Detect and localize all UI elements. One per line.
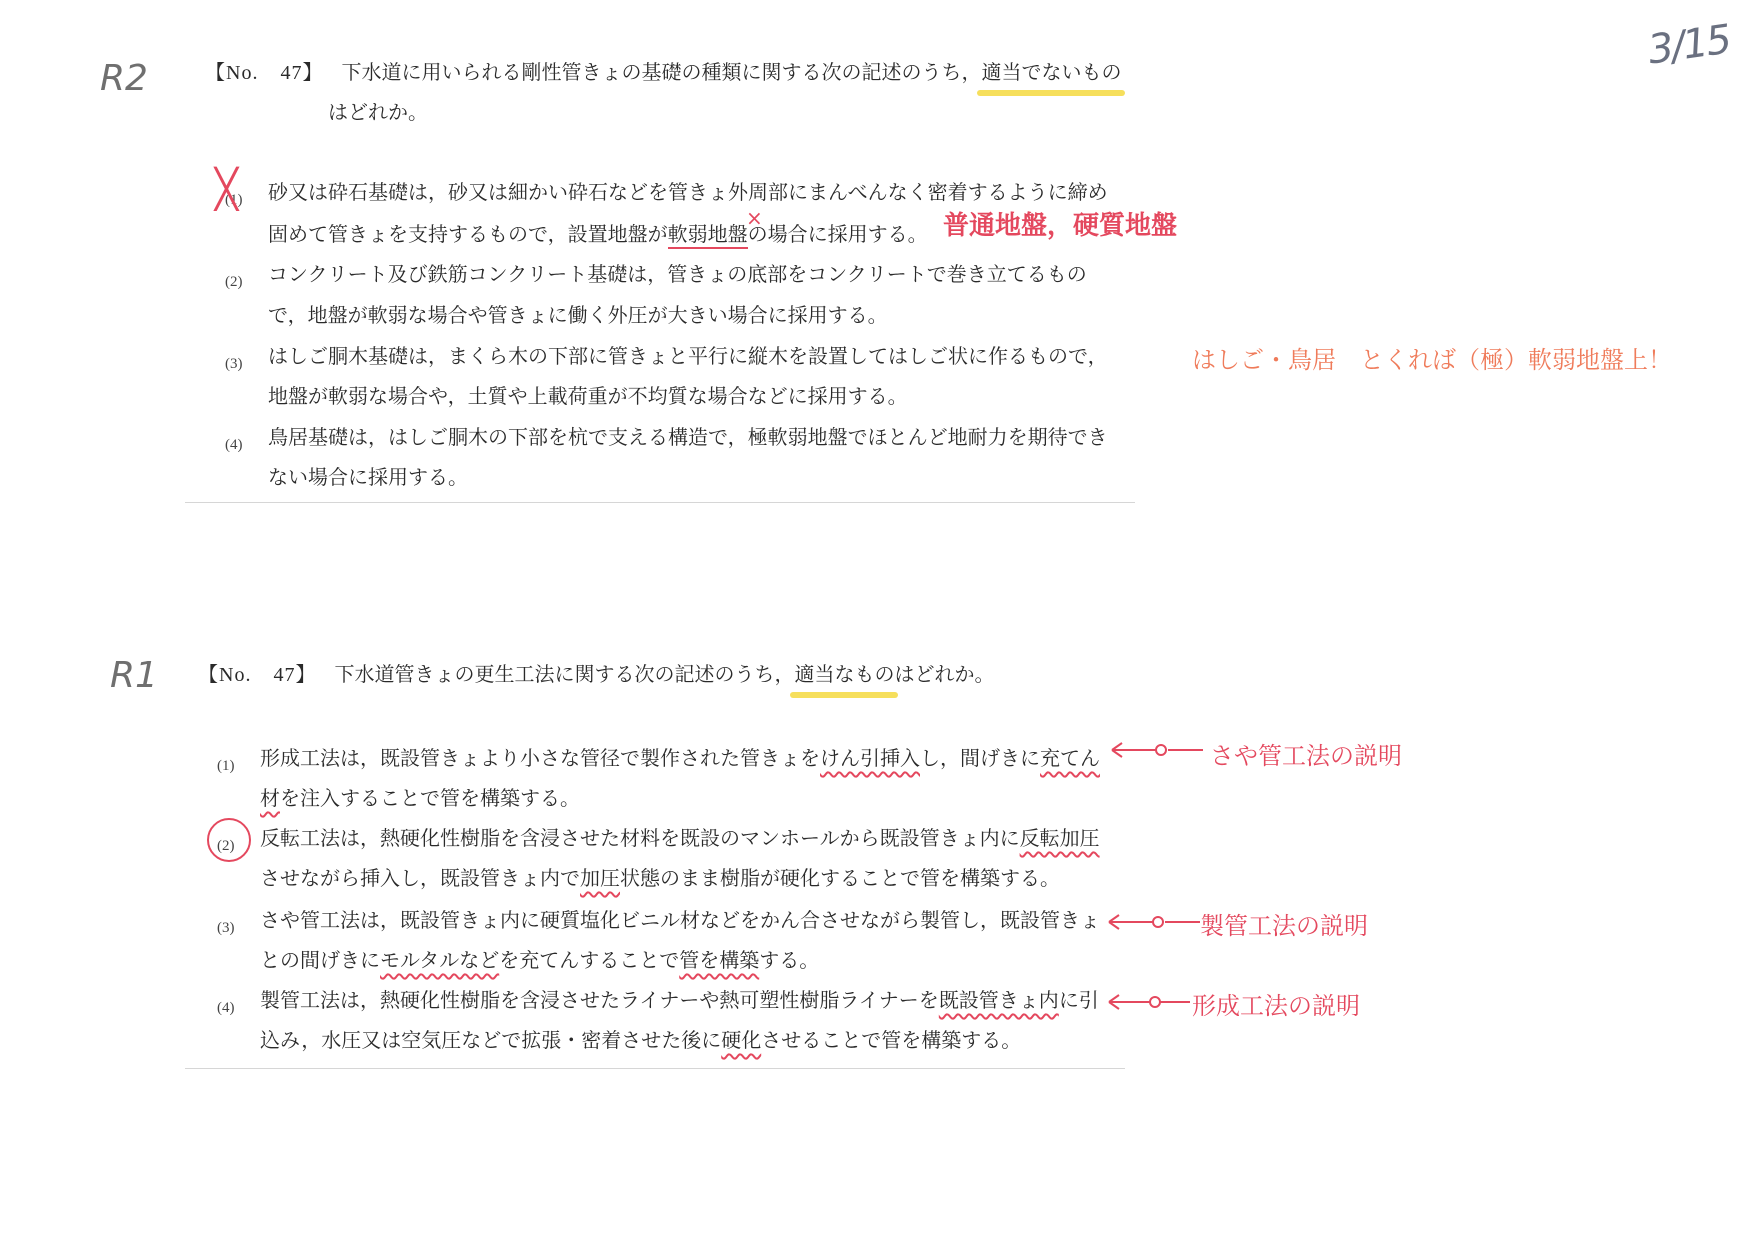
annotation-ladder-torii-note: はしご・鳥居 とくれば（極）軟弱地盤上！ — [1192, 340, 1672, 380]
question-r2-stem: 【No.47】下水道に用いられる剛性管きょの基礎の種類に関する次の記述のうち，適… — [205, 52, 1121, 93]
arrow-left-icon — [1105, 912, 1205, 936]
section-divider — [185, 502, 1135, 503]
year-tag-r1: R1 — [110, 655, 158, 696]
annotation-forming-note: 形成工法の説明 — [1192, 986, 1360, 1026]
question-number: 【No.47】 — [198, 664, 316, 686]
page-number: 3/15 — [1645, 17, 1732, 74]
question-number: 【No.47】 — [205, 62, 323, 84]
highlight-appropriate: 適当なもの — [794, 654, 894, 694]
highlight-not-appropriate: 適当でないもの — [981, 52, 1121, 92]
section-divider — [185, 1068, 1125, 1069]
annotation-pipe-making-note: 製管工法の説明 — [1200, 906, 1368, 946]
annotation-correction: 普通地盤，硬質地盤 — [943, 206, 1177, 246]
arrow-left-icon — [1105, 992, 1195, 1016]
underline-soft-ground: 軟弱地盤 — [668, 222, 748, 249]
x-mark-icon: ╳ — [215, 170, 238, 208]
question-r2-stem-cont: はどれか。 — [328, 92, 428, 132]
question-r1-stem: 【No.47】下水道管きょの更生工法に関する次の記述のうち，適当なものはどれか。 — [198, 654, 994, 695]
arrow-left-icon — [1108, 740, 1208, 764]
year-tag-r2: R2 — [100, 58, 148, 99]
annotation-sleeve-pipe-note: さや管工法の説明 — [1210, 736, 1402, 776]
x-mark-small-icon: × — [746, 198, 763, 238]
